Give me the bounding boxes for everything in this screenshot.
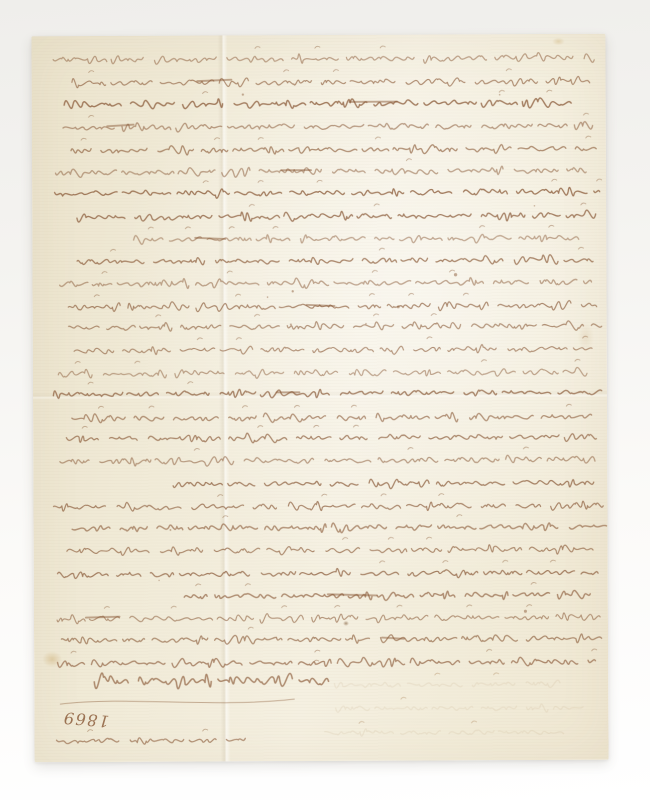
year-inscription: 1869 [62, 708, 110, 731]
letter-paper: 1869 [31, 34, 608, 762]
handwriting-strokes [31, 34, 608, 762]
photo-backdrop: 1869 [0, 0, 650, 800]
